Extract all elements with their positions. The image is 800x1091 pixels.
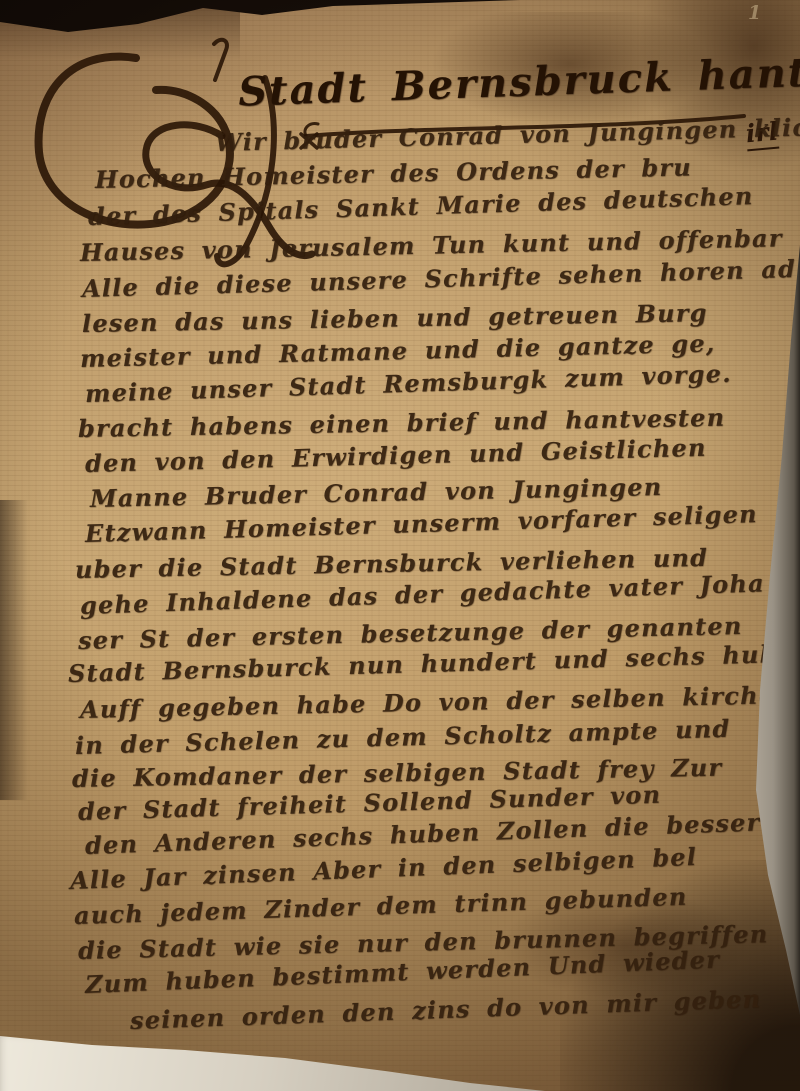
paper-edge-shadow <box>0 500 28 800</box>
photo-scene: 1 Stadt Bernsbruck hantvesten irl Wir br… <box>0 0 800 1091</box>
manuscript-page: 1 Stadt Bernsbruck hantvesten irl Wir br… <box>0 0 800 1091</box>
folio-number: 1 <box>748 2 761 24</box>
